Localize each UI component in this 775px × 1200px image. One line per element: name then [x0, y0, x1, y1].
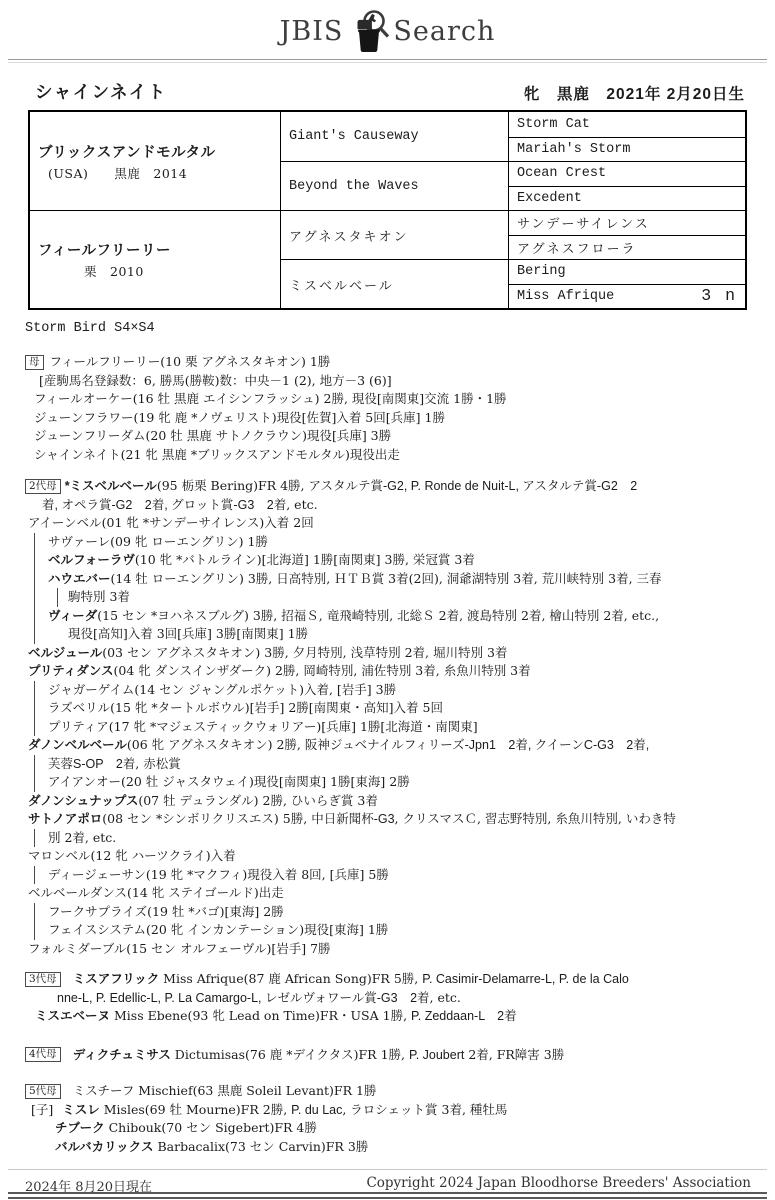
generation-label: 4代母: [25, 1047, 61, 1062]
pedigree-line: ディージェーサン(19 牝 *マクフィ)現役入着 8回, [兵庫] 5勝: [0, 866, 775, 885]
pedigree-line: プリティア(17 牝 *マジェスティックウォリアー)[兵庫] 1勝[北海道・南関…: [0, 718, 775, 737]
pedigree-line: フィールオーケー(16 牡 黒鹿 エイシンフラッシュ) 2勝, 現役[南関東]交…: [0, 390, 775, 409]
horse-name-bold: ベルジュール: [28, 646, 102, 660]
generation-label: 母: [25, 355, 44, 370]
pedigree-line: ベルジュール(03 セン アグネスタキオン) 3勝, 夕月特別, 浅草特別 2着…: [0, 644, 775, 663]
pedigree-line: ベルベールダンス(14 牝 ステイゴールド)出走: [0, 884, 775, 903]
tree-connector-line: [34, 625, 35, 644]
horse-title-row: シャインネイト 牝 黒鹿 2021年 2月20日生: [35, 79, 745, 104]
pedigree-text: P. Joubert: [409, 1048, 464, 1062]
dam-sire-cell: アグネスタキオン: [280, 210, 508, 259]
pedigree-line: サトノアポロ(08 セン *シンボリクリスエス) 5勝, 中日新聞杯-G3, ク…: [0, 810, 775, 829]
tree-connector-line: [34, 551, 35, 570]
pedigree-text: 2着, FR障害 3勝: [464, 1047, 564, 1062]
gen3-cell: Miss Afrique 3 n: [508, 284, 745, 309]
pedigree-line: プリティダンス(04 牝 ダンスインザダーク) 2勝, 岡崎特別, 浦佐特別 3…: [0, 662, 775, 681]
pedigree-text: (03 セン アグネスタキオン) 3勝, 夕月特別, 浅草特別 2着, 堀川特別…: [102, 645, 507, 660]
pedigree-text: , クリスマスＣ, 習志野特別, 糸魚川特別, いわき特: [395, 811, 676, 826]
pedigree-text: (15 セン *ヨハネスブルグ) 3勝, 招福Ｓ, 竜飛崎特別, 北総Ｓ 2着,…: [97, 608, 659, 623]
pedigree-text: 中日新聞杯-G3: [311, 812, 394, 826]
pedigree-line: フォルミダーブル(15 セン オルフェーヴル)[岩手] 7勝: [0, 940, 775, 959]
pedigree-line: 別 2着, etc.: [0, 829, 775, 848]
tree-connector-line: [34, 829, 35, 848]
pedigree-text: サヴァーレ(09 牝 ローエングリン) 1勝: [48, 534, 268, 549]
horse-name-bold: バルバカリックス: [55, 1140, 154, 1154]
gen3-cell: Mariah's Storm: [508, 137, 745, 162]
pedigree-text: (06 牝 アグネスタキオン) 2勝,: [127, 737, 305, 752]
pedigree-line: ヴィーダ(15 セン *ヨハネスブルグ) 3勝, 招福Ｓ, 竜飛崎特別, 北総Ｓ…: [0, 607, 775, 626]
tree-connector-line: [57, 588, 58, 607]
pedigree-line: 芙蓉S-OP 2着, 赤松賞: [0, 755, 775, 774]
section-second-dam-line: 2代母*ミスベルベール(95 栃栗 Bering)FR 4勝, アスタルテ賞-G…: [0, 477, 775, 958]
horse-magnifier-logo-icon: [346, 8, 392, 54]
pedigree-text: 駒特別 3着: [68, 589, 130, 604]
pedigree-text: Miss Ebene(93 牝 Lead on Time)FR・USA 1勝,: [110, 1008, 411, 1023]
dam-cell: フィールフリーリー 栗 2010: [30, 210, 280, 308]
tree-connector-line: [34, 588, 35, 607]
pedigree-text: アスタルテ賞-G2, P. Ronde de Nuit-L, アスタルテ賞-G2…: [309, 479, 638, 493]
tree-connector-line: [34, 773, 35, 792]
pedigree-line: ダノンベルベール(06 牝 アグネスタキオン) 2勝, 阪神ジュベナイルフィリー…: [0, 736, 775, 755]
horse-name-bold: ヴィーダ: [48, 609, 97, 623]
pedigree-line: ベルフォーラヴ(10 牝 *バトルライン)[北海道] 1勝[南関東] 3勝, 栄…: [0, 551, 775, 570]
pedigree-line: [子]ミスレ Misles(69 牡 Mourne)FR 2勝, P. du L…: [0, 1101, 775, 1120]
pedigree-line: ジューンフラワー(19 牝 鹿 *ノヴェリスト)現役[佐賀]入着 5回[兵庫] …: [0, 409, 775, 428]
pedigree-line: 4代母ディクチュミサス Dictumisas(76 鹿 *デイクタス)FR 1勝…: [0, 1046, 775, 1065]
tree-connector-line: [34, 718, 35, 737]
pedigree-line: nne-L, P. Edellic-L, P. La Camargo-L, レゼ…: [0, 989, 775, 1008]
pedigree-text: マロンベル(12 牝 ハーツクライ)入着: [28, 848, 236, 863]
tree-connector-line: [34, 681, 35, 700]
gen3-cell: アグネスフローラ: [508, 235, 745, 260]
pedigree-text: ジューンフラワー(19 牝 鹿 *ノヴェリスト)現役[佐賀]入着 5回[兵庫] …: [34, 410, 445, 425]
dam-color-year: 栗 2010: [38, 262, 280, 280]
dam-dam-cell: ミスベルベール: [280, 259, 508, 308]
pedigree-text: (14 牡 ローエングリン) 3勝, 日高特別, ＨＴＢ賞 3着(2回), 洞爺…: [111, 571, 662, 586]
pedigree-text: シャインネイト(21 牝 黒鹿 *ブリックスアンドモルタル)現役出走: [34, 447, 400, 462]
pedigree-text: フィールフリーリー(10 栗 アグネスタキオン) 1勝: [50, 354, 331, 369]
pedigree-notes: 母フィールフリーリー(10 栗 アグネスタキオン) 1勝[産駒馬名登録数：6, …: [0, 353, 775, 1156]
pedigree-line: 5代母ミスチーフ Mischief(63 黒鹿 Soleil Levant)FR…: [0, 1082, 775, 1101]
logo-jbis-text: JBIS: [280, 16, 344, 47]
sire-cell: ブリックスアンドモルタル (USA) 黒鹿 2014: [30, 112, 280, 210]
pedigree-text: ミスチーフ Mischief(63 黒鹿 Soleil Levant)FR 1勝: [73, 1083, 377, 1098]
pedigree-text: 阪神ジュベナイルフィリーズ-Jpn1 2着, クイーンC-G3 2着,: [305, 738, 649, 752]
pedigree-text: (04 牝 ダンスインザダーク) 2勝, 岡崎特別, 浦佐特別 3着, 糸魚川特…: [114, 663, 531, 678]
pedigree-line: [産駒馬名登録数：6, 勝馬(勝鞍)数：中央－1 (2), 地方－3 (6)]: [0, 372, 775, 391]
pedigree-line: 駒特別 3着: [0, 588, 775, 607]
horse-name-bold: *ミスベルベール: [65, 479, 157, 493]
bottom-double-rule: [8, 1192, 767, 1199]
gen3-cell: Ocean Crest: [508, 161, 745, 186]
pedigree-table: ブリックスアンドモルタル (USA) 黒鹿 2014 フィールフリーリー 栗 2…: [28, 110, 747, 310]
tree-connector-line: [34, 533, 35, 552]
pedigree-text: P. Zeddaan-L 2着: [411, 1009, 517, 1023]
horse-name-bold: ベルフォーラヴ: [48, 553, 135, 567]
sire-dam-cell: Beyond the Waves: [280, 161, 508, 210]
pedigree-text: Chibouk(70 セン Sigebert)FR 4勝: [105, 1120, 317, 1135]
section-fifth-dam-line: 5代母ミスチーフ Mischief(63 黒鹿 Soleil Levant)FR…: [0, 1082, 775, 1156]
pedigree-text: Miss Afrique(87 鹿 African Song)FR 5勝,: [159, 971, 422, 986]
pedigree-line: 2代母*ミスベルベール(95 栃栗 Bering)FR 4勝, アスタルテ賞-G…: [0, 477, 775, 496]
pedigree-text: [産駒馬名登録数：6, 勝馬(勝鞍)数：中央－1 (2), 地方－3 (6)]: [39, 373, 392, 388]
tree-connector-line: [34, 570, 35, 589]
horse-name: シャインネイト: [35, 79, 167, 104]
pedigree-text: 別 2着, etc.: [48, 830, 116, 845]
tree-connector-line: [34, 903, 35, 922]
pedigree-text: , etc.: [430, 990, 461, 1005]
pedigree-text: P. Casimir-Delamarre-L, P. de la Calo: [422, 972, 629, 986]
pedigree-text: (08 セン *シンボリクリスエス) 5勝,: [102, 811, 311, 826]
pedigree-line: ジャガーゲイム(14 セン ジャングルポケット)入着, [岩手] 3勝: [0, 681, 775, 700]
pedigree-text: (95 栃栗 Bering)FR 4勝,: [157, 478, 309, 493]
horse-name-bold: ディクチュミサス: [73, 1048, 171, 1062]
horse-name-bold: ミスレ: [62, 1103, 100, 1117]
gen3-cell: Bering: [508, 259, 745, 284]
pedigree-text: ジューンフリーダム(20 牡 黒鹿 サトノクラウン)現役[兵庫] 3勝: [34, 428, 391, 443]
sire-sire-cell: Giant's Causeway: [280, 112, 508, 161]
dam-name: フィールフリーリー: [38, 239, 280, 260]
pedigree-text: アイアンオー(20 牡 ジャスタウェイ)現役[南関東] 1勝[東海] 2勝: [48, 774, 410, 789]
generation-label: 5代母: [25, 1084, 61, 1099]
tree-connector-line: [34, 921, 35, 940]
pedigree-text: 着, オペラ賞-G2 2着, グロット賞-G3 2着: [42, 498, 286, 512]
pedigree-line: サヴァーレ(09 牝 ローエングリン) 1勝: [0, 533, 775, 552]
pedigree-text: ベルベールダンス(14 牝 ステイゴールド)出走: [28, 885, 284, 900]
print-artifact: 3 n: [701, 286, 737, 305]
pedigree-line: フェイスシステム(20 牝 インカンテーション)現役[東海] 1勝: [0, 921, 775, 940]
bucket-shape: [358, 30, 380, 53]
pedigree-line: ジューンフリーダム(20 牡 黒鹿 サトノクラウン)現役[兵庫] 3勝: [0, 427, 775, 446]
pedigree-text: プリティア(17 牝 *マジェスティックウォリアー)[兵庫] 1勝[北海道・南関…: [48, 719, 478, 734]
sire-name: ブリックスアンドモルタル: [38, 141, 280, 162]
pedigree-line: ダノンシュナップス(07 牡 デュランダル) 2勝, ひいらぎ賞 3着: [0, 792, 775, 811]
header-rule-dark: [8, 59, 767, 60]
jbis-search-logo: JBIS Search: [0, 0, 775, 55]
horse-name-bold: ミスアフリック: [73, 972, 160, 986]
section-third-dam-line: 3代母ミスアフリック Miss Afrique(87 鹿 African Son…: [0, 970, 775, 1026]
horse-name-bold: ダノンシュナップス: [28, 794, 138, 808]
pedigree-text: , etc.: [286, 497, 317, 512]
pedigree-text: ラズベリル(15 牝 *タートルボウル)[岩手] 2勝[南関東・高知]入着 5回: [48, 700, 443, 715]
pedigree-line: 現役[高知]入着 3回[兵庫] 3勝[南関東] 1勝: [0, 625, 775, 644]
inbreeding-note: Storm Bird S4×S4: [25, 321, 775, 339]
pedigree-line: 3代母ミスアフリック Miss Afrique(87 鹿 African Son…: [0, 970, 775, 989]
pedigree-text: アイーンベル(01 牝 *サンデーサイレンス)入着 2回: [28, 515, 314, 530]
pedigree-text: 芙蓉S-OP 2着: [48, 757, 135, 771]
pedigree-text: フェイスシステム(20 牝 インカンテーション)現役[東海] 1勝: [48, 922, 388, 937]
pedigree-text: , ラロシェット賞 3着, 種牡馬: [342, 1102, 507, 1117]
logo-search-text: Search: [393, 16, 495, 47]
pedigree-line: 母フィールフリーリー(10 栗 アグネスタキオン) 1勝: [0, 353, 775, 372]
pedigree-text: P. du Lac: [291, 1103, 342, 1117]
pedigree-line: バルバカリックス Barbacalix(73 セン Carvin)FR 3勝: [0, 1138, 775, 1157]
pedigree-line: マロンベル(12 牝 ハーツクライ)入着: [0, 847, 775, 866]
tree-connector-line: [34, 866, 35, 885]
pedigree-line: シャインネイト(21 牝 黒鹿 *ブリックスアンドモルタル)現役出走: [0, 446, 775, 465]
pedigree-line: ラズベリル(15 牝 *タートルボウル)[岩手] 2勝[南関東・高知]入着 5回: [0, 699, 775, 718]
pedigree-line: フークサプライズ(19 牡 *バゴ)[東海] 2勝: [0, 903, 775, 922]
pedigree-line: アイアンオー(20 牡 ジャスタウェイ)現役[南関東] 1勝[東海] 2勝: [0, 773, 775, 792]
horse-sex-color-birth: 牝 黒鹿 2021年 2月20日生: [524, 82, 745, 104]
pedigree-text: nne-L, P. Edellic-L, P. La Camargo-L, レゼ…: [57, 991, 430, 1005]
horse-name-bold: チブーク: [55, 1121, 105, 1135]
pedigree-text: ディージェーサン(19 牝 *マクフィ)現役入着 8回, [兵庫] 5勝: [48, 867, 389, 882]
horse-name-bold: ハウエバー: [48, 572, 111, 586]
pedigree-text: Barbacalix(73 セン Carvin)FR 3勝: [154, 1139, 369, 1154]
pedigree-line: 着, オペラ賞-G2 2着, グロット賞-G3 2着, etc.: [0, 496, 775, 515]
pedigree-line: アイーンベル(01 牝 *サンデーサイレンス)入着 2回: [0, 514, 775, 533]
horse-name-bold: ミスエベーヌ: [35, 1009, 110, 1023]
footer-rule: [8, 1169, 767, 1170]
generation-label: [子]: [31, 1101, 53, 1120]
tree-connector-line: [34, 699, 35, 718]
pedigree-line: チブーク Chibouk(70 セン Sigebert)FR 4勝: [0, 1119, 775, 1138]
pedigree-line: ハウエバー(14 牡 ローエングリン) 3勝, 日高特別, ＨＴＢ賞 3着(2回…: [0, 570, 775, 589]
gen3-cell: Storm Cat: [508, 112, 745, 137]
pedigree-text: Dictumisas(76 鹿 *デイクタス)FR 1勝,: [171, 1047, 409, 1062]
pedigree-text: ジャガーゲイム(14 セン ジャングルポケット)入着, [岩手] 3勝: [48, 682, 396, 697]
pedigree-text: (10 牝 *バトルライン)[北海道] 1勝[南関東] 3勝, 栄冠賞 3着: [135, 552, 475, 567]
pedigree-text: フークサプライズ(19 牡 *バゴ)[東海] 2勝: [48, 904, 284, 919]
section-fourth-dam-line: 4代母ディクチュミサス Dictumisas(76 鹿 *デイクタス)FR 1勝…: [0, 1046, 775, 1065]
tree-connector-line: [34, 755, 35, 774]
pedigree-text: (07 牡 デュランダル) 2勝, ひいらぎ賞 3着: [138, 793, 378, 808]
generation-label: 3代母: [25, 972, 61, 987]
pedigree-text: Misles(69 牡 Mourne)FR 2勝,: [100, 1102, 291, 1117]
section-dam-line: 母フィールフリーリー(10 栗 アグネスタキオン) 1勝[産駒馬名登録数：6, …: [0, 353, 775, 464]
horse-name-bold: ダノンベルベール: [28, 738, 127, 752]
footer-copyright: Copyright 2024 Japan Bloodhorse Breeders…: [366, 1175, 751, 1191]
horse-name-bold: プリティダンス: [28, 664, 114, 678]
generation-label: 2代母: [25, 479, 61, 494]
pedigree-text: , 赤松賞: [135, 756, 180, 771]
sire-origin-color-year: (USA) 黒鹿 2014: [38, 164, 280, 182]
gen3-cell: サンデーサイレンス: [508, 210, 745, 235]
tree-connector-line: [34, 607, 35, 626]
pedigree-line: ミスエベーヌ Miss Ebene(93 牝 Lead on Time)FR・U…: [0, 1007, 775, 1026]
gen3-cell: Excedent: [508, 186, 745, 211]
pedigree-text: フォルミダーブル(15 セン オルフェーヴル)[岩手] 7勝: [28, 941, 331, 956]
pedigree-text: フィールオーケー(16 牡 黒鹿 エイシンフラッシュ) 2勝, 現役[南関東]交…: [34, 391, 507, 406]
header-rule-light: [8, 62, 767, 63]
horse-name-bold: サトノアポロ: [28, 812, 102, 826]
pedigree-text: 現役[高知]入着 3回[兵庫] 3勝[南関東] 1勝: [68, 626, 308, 641]
